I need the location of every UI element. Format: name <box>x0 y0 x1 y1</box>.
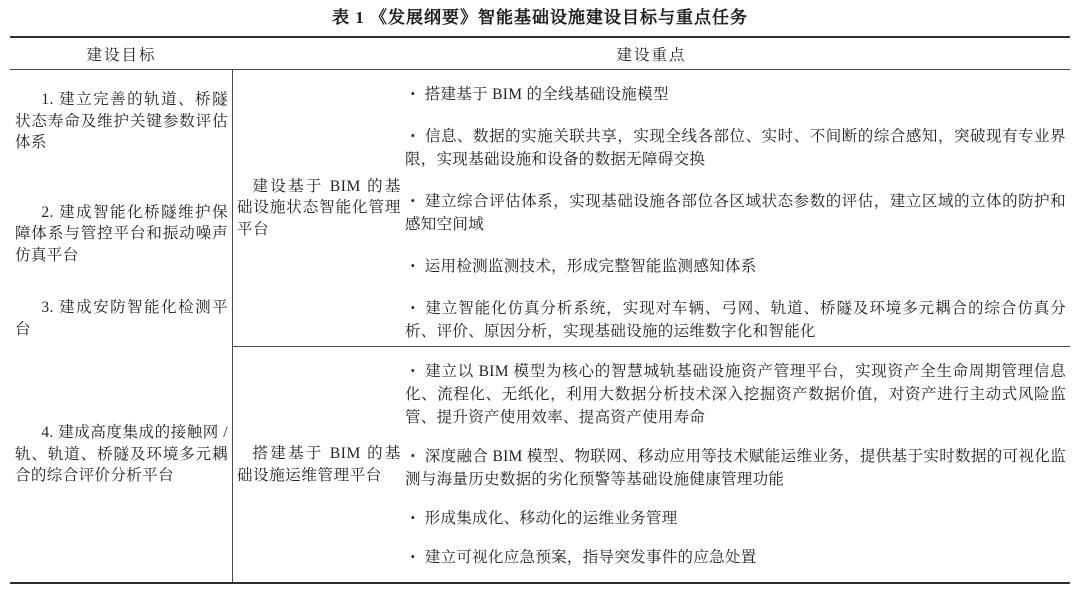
bullets-cell-2: •建立以 BIM 模型为核心的智慧城轨基础设施资产管理平台，实现资产全生命周期管… <box>403 347 1070 582</box>
bullet-item: •建立综合评估体系，实现基础设施各部位各区域状态参数的评估，建立区域的立体的防护… <box>405 190 1066 236</box>
bullet-text: 搭建基于 BIM 的全线基础设施模型 <box>425 86 669 103</box>
goal-item-4: 4. 建成高度集成的接触网 / 轨、轨道、桥隧及环境多元耦合的综合评价分析平台 <box>15 422 228 487</box>
infrastructure-table: 建设目标 建设重点 1. 建立完善的轨道、桥隧状态寿命及维护关键参数评估体系 2… <box>10 36 1070 584</box>
bullet-icon: • <box>411 447 416 465</box>
document-page: 表 1 《发展纲要》智能基础设施建设目标与重点任务 建设目标 建设重点 1. 建… <box>0 7 1080 584</box>
bullet-item: •深度融合 BIM 模型、物联网、移动应用等技术赋能运维业务，提供基于实时数据的… <box>405 445 1066 491</box>
bullet-icon: • <box>411 509 416 527</box>
platform-cell-1: 建设基于 BIM 的基础设施状态智能化管理平台 <box>233 70 403 346</box>
bullet-item: •搭建基于 BIM 的全线基础设施模型 <box>405 83 1066 106</box>
bullet-text: 形成集成化、移动化的运维业务管理 <box>425 510 678 527</box>
column-header-focus: 建设重点 <box>233 43 1070 65</box>
bullet-icon: • <box>411 362 416 380</box>
table-header-row: 建设目标 建设重点 <box>10 38 1070 70</box>
bullet-text: 建立以 BIM 模型为核心的智慧城轨基础设施资产管理平台，实现资产全生命周期管理… <box>405 363 1066 426</box>
goals-column: 1. 建立完善的轨道、桥隧状态寿命及维护关键参数评估体系 2. 建成智能化桥隧维… <box>10 70 233 582</box>
bullet-item: •运用检测监测技术，形成完整智能监测感知体系 <box>405 255 1066 278</box>
goal-item-2: 2. 建成智能化桥隧维护保障体系与管控平台和振动噪声仿真平台 <box>15 202 228 267</box>
bullet-icon: • <box>411 192 416 210</box>
bullet-item: •建立智能化仿真分析系统，实现对车辆、弓网、轨道、桥隧及环境多元耦合的综合仿真分… <box>405 297 1066 343</box>
bullet-text: 建立综合评估体系，实现基础设施各部位各区域状态参数的评估，建立区域的立体的防护和… <box>405 193 1066 233</box>
table-title: 表 1 《发展纲要》智能基础设施建设目标与重点任务 <box>10 7 1070 29</box>
column-header-goals: 建设目标 <box>10 43 233 65</box>
platform-cell-2: 搭建基于 BIM 的基础设施运维管理平台 <box>233 347 403 582</box>
bullet-text: 建立智能化仿真分析系统，实现对车辆、弓网、轨道、桥隧及环境多元耦合的综合仿真分析… <box>405 300 1066 340</box>
bullet-icon: • <box>411 299 416 317</box>
bullet-item: •建立可视化应急预案，指导突发事件的应急处置 <box>405 546 1066 569</box>
bullet-item: •信息、数据的实施关联共享，实现全线各部位、实时、不间断的综合感知，突破现有专业… <box>405 125 1066 171</box>
bullet-icon: • <box>411 85 416 103</box>
goal-item-1: 1. 建立完善的轨道、桥隧状态寿命及维护关键参数评估体系 <box>15 89 228 154</box>
bullet-item: •形成集成化、移动化的运维业务管理 <box>405 507 1066 530</box>
bullet-text: 深度融合 BIM 模型、物联网、移动应用等技术赋能运维业务，提供基于实时数据的可… <box>405 448 1066 488</box>
row-group-state-management: 建设基于 BIM 的基础设施状态智能化管理平台 •搭建基于 BIM 的全线基础设… <box>233 70 1070 346</box>
focus-column: 建设基于 BIM 的基础设施状态智能化管理平台 •搭建基于 BIM 的全线基础设… <box>233 70 1070 582</box>
goal-item-3: 3. 建成安防智能化检测平台 <box>15 297 228 340</box>
table-body: 1. 建立完善的轨道、桥隧状态寿命及维护关键参数评估体系 2. 建成智能化桥隧维… <box>10 70 1070 582</box>
bullet-item: •建立以 BIM 模型为核心的智慧城轨基础设施资产管理平台，实现资产全生命周期管… <box>405 360 1066 429</box>
bullet-icon: • <box>411 257 416 275</box>
bullet-text: 信息、数据的实施关联共享，实现全线各部位、实时、不间断的综合感知，突破现有专业界… <box>405 128 1066 168</box>
platform-label-2: 搭建基于 BIM 的基础设施运维管理平台 <box>237 443 401 486</box>
bullet-text: 建立可视化应急预案，指导突发事件的应急处置 <box>425 549 757 566</box>
bullets-cell-1: •搭建基于 BIM 的全线基础设施模型 •信息、数据的实施关联共享，实现全线各部… <box>403 70 1070 346</box>
bullet-icon: • <box>411 127 416 145</box>
bullet-icon: • <box>411 548 416 566</box>
platform-label-1: 建设基于 BIM 的基础设施状态智能化管理平台 <box>237 176 401 241</box>
row-group-operation-maintenance: 搭建基于 BIM 的基础设施运维管理平台 •建立以 BIM 模型为核心的智慧城轨… <box>233 346 1070 582</box>
bullet-text: 运用检测监测技术，形成完整智能监测感知体系 <box>425 258 757 275</box>
